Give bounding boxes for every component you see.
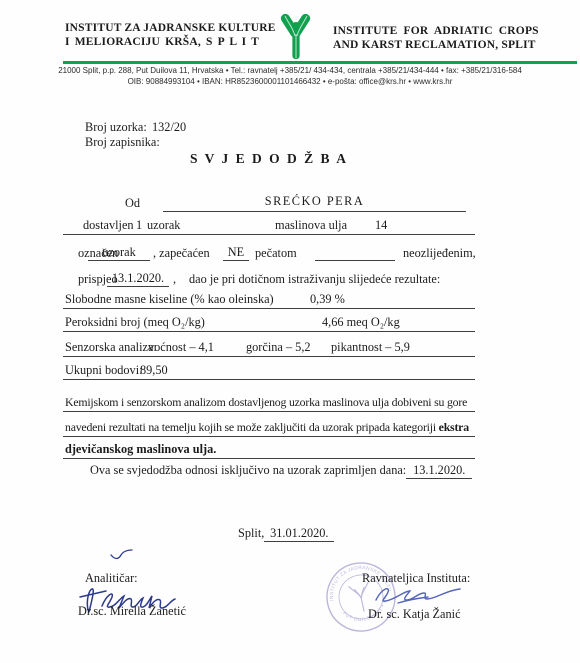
sample-number-value: 132/20: [152, 120, 186, 135]
validity-note-row: Ova se svjedodžba odnosi isključivo na u…: [90, 463, 472, 479]
institute-name-hr-line1: INSTITUT ZA JADRANSKE KULTURE: [65, 21, 280, 35]
conclusion-line-2-text: navedeni rezultati na temelju kojih se m…: [65, 420, 469, 435]
record-number-label: Broj zapisnika:: [85, 135, 160, 150]
certificate-document: INSTITUT ZA JADRANSKE KULTURE I MELIORAC…: [0, 0, 580, 663]
document-title: S V J E D O D Ž B A: [63, 151, 475, 167]
director-name: Dr. sc. Katja Žanić: [368, 607, 461, 622]
delivered-code: 14: [375, 218, 387, 233]
contact-line-address-phone: 21000 Split, p.p. 288, Put Duilova 11, H…: [35, 66, 545, 75]
received-row: prispjeo 13.1.2020. , dao je pri dotično…: [63, 270, 475, 288]
peroxide-value: 4,66 meq O₂/kg: [322, 315, 400, 330]
sample-number-label: Broj uzorka:: [85, 120, 147, 135]
total-points-row: Ukupni bodovi: 89,50: [63, 361, 475, 380]
marked-sealed-row: označen uzorak , zapečaćen NE pečatom ne…: [63, 244, 475, 262]
sensory-bitterness: gorčina – 5,2: [246, 340, 311, 355]
delivered-unit: uzorak: [147, 218, 180, 233]
from-label: Od: [125, 196, 140, 211]
validity-note-date: 13.1.2020.: [406, 463, 472, 479]
delivered-row: dostavljen 1 uzorak maslinova ulja 14: [63, 216, 475, 235]
conclusion-line-2-normal: navedeni rezultati na temelju kojih se m…: [65, 420, 439, 434]
delivered-type: maslinova ulja: [275, 218, 347, 233]
institute-name-english: INSTITUTE FOR ADRIATIC CROPS AND KARST R…: [333, 24, 575, 52]
free-fatty-acids-label: Slobodne masne kiseline (% kao oleinska): [65, 292, 274, 307]
validity-note-text: Ova se svjedodžba odnosi isključivo na u…: [90, 463, 406, 477]
marked-value-line: uzorak: [88, 245, 150, 261]
total-points-label: Ukupni bodovi:: [65, 363, 143, 378]
institute-name-en-line1: INSTITUTE FOR ADRIATIC CROPS: [333, 24, 575, 38]
peroxide-label: Peroksidni broj (meq O₂/kg): [65, 315, 205, 330]
institute-name-en-line2: AND KARST RECLAMATION, SPLIT: [333, 38, 575, 52]
green-branch-logo-icon: [277, 12, 315, 60]
place-label: Split,: [238, 526, 264, 540]
free-fatty-acids-value: 0,39 %: [310, 292, 345, 307]
conclusion-category-bold: ekstra: [439, 420, 469, 434]
sensory-row: Senzorska analiza: voćnost – 4,1 gorčina…: [63, 338, 475, 357]
issue-date: 31.01.2020.: [264, 526, 334, 542]
contact-line-oib-iban-email: OIB: 90884993104 • IBAN: HR8523600001101…: [35, 77, 545, 86]
sealed-label: , zapečaćen: [153, 246, 210, 261]
seal-word: pečatom: [255, 246, 297, 261]
received-comma: ,: [173, 272, 176, 287]
received-date-line: 13.1.2020.: [107, 271, 169, 287]
sealed-value-line: NE: [223, 245, 249, 261]
sensory-fruitiness: voćnost – 4,1: [148, 340, 214, 355]
institute-name-hr-line2: I MELIORACIJU KRŠA, S P L I T: [65, 35, 280, 49]
conclusion-line-1-text: Kemijskom i senzorskom analizom dostavlj…: [65, 395, 467, 410]
delivered-word: dostavljen: [83, 218, 134, 233]
analyst-name: Dr.sc. Mirella Žanetić: [78, 604, 186, 619]
conclusion-line-1: Kemijskom i senzorskom analizom dostavlj…: [63, 393, 475, 412]
sensory-pungency: pikantnost – 5,9: [331, 340, 410, 355]
free-fatty-acids-row: Slobodne masne kiseline (% kao oleinska)…: [63, 290, 475, 309]
conclusion-line-3: djevičanskog maslinova ulja.: [63, 440, 475, 459]
conclusion-line-3-bold: djevičanskog maslinova ulja.: [65, 442, 216, 457]
total-points-value: 89,50: [140, 363, 168, 378]
institute-name-croatian: INSTITUT ZA JADRANSKE KULTURE I MELIORAC…: [65, 21, 280, 49]
peroxide-row: Peroksidni broj (meq O₂/kg) 4,66 meq O₂/…: [63, 313, 475, 332]
analyst-checkmark-mark: [108, 547, 136, 563]
seal-blank-line: [315, 260, 395, 261]
received-suffix: dao je pri dotičnom istraživanju slijede…: [189, 272, 440, 287]
delivered-count: 1: [136, 218, 142, 233]
seal-suffix: neozlijeđenim,: [403, 246, 476, 261]
sensory-label: Senzorska analiza:: [65, 340, 157, 355]
director-signature: [368, 582, 464, 608]
header-divider-rule: [63, 61, 577, 64]
conclusion-line-2: navedeni rezultati na temelju kojih se m…: [63, 418, 475, 437]
from-value-line: SREĆKO PERA: [163, 194, 466, 212]
place-date-row: Split, 31.01.2020.: [238, 526, 334, 542]
